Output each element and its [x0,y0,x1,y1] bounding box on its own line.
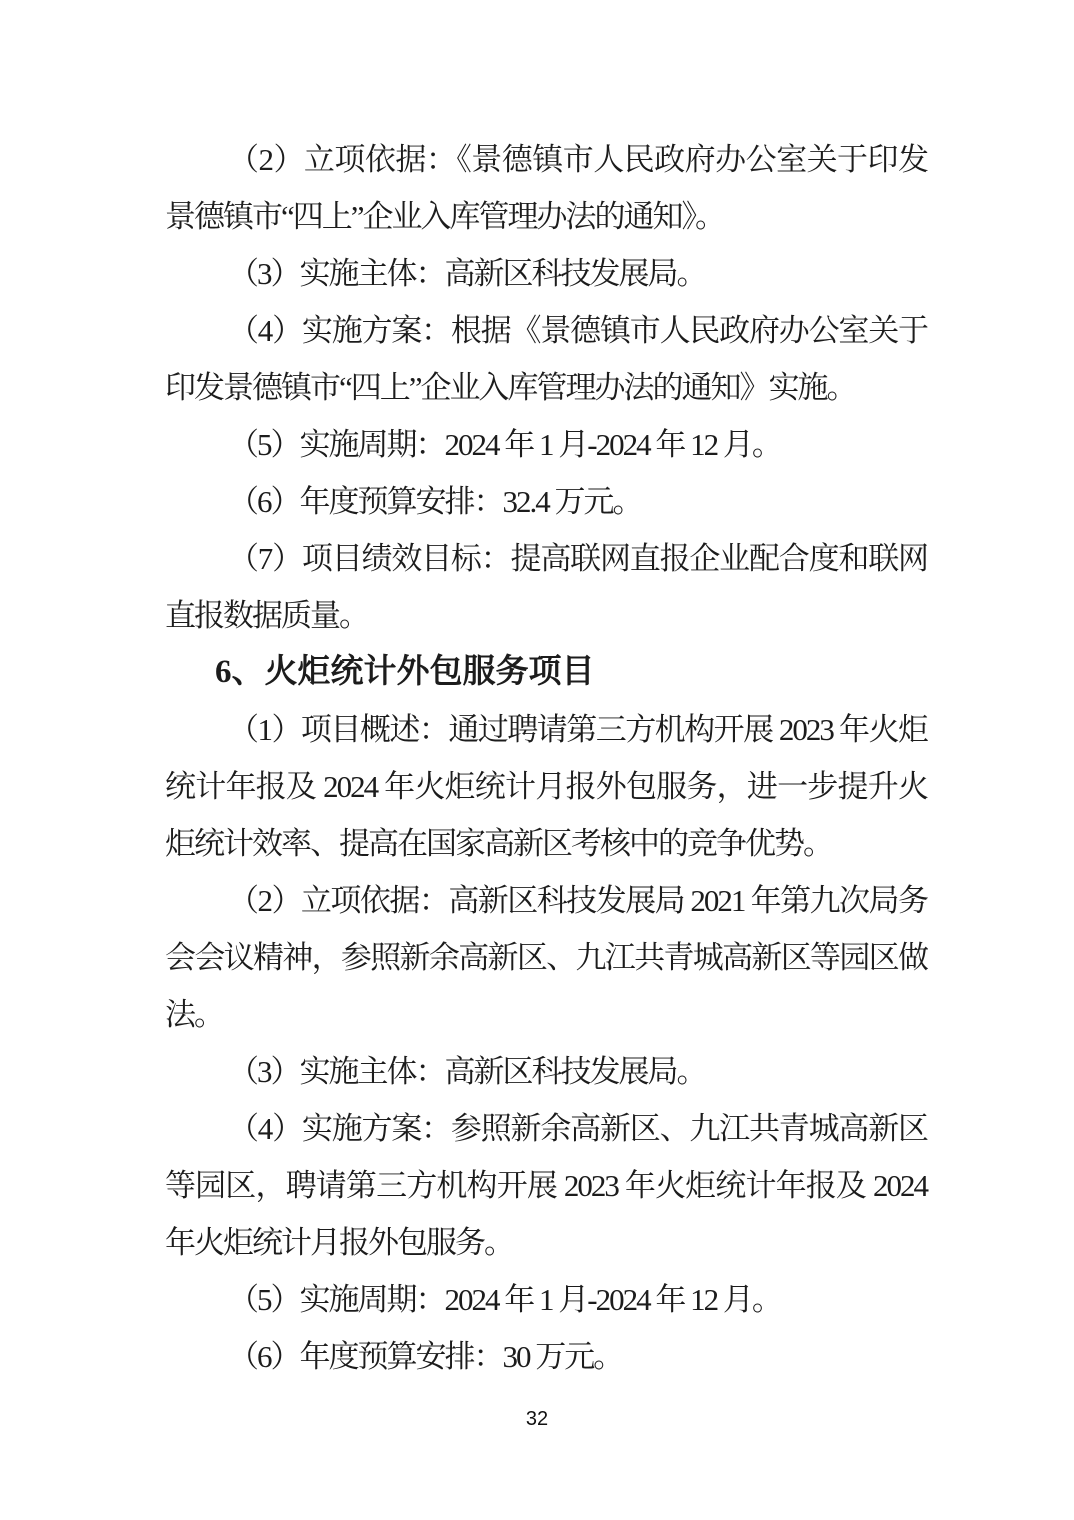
paragraph: （3）实施主体：高新区科技发展局。 [165,1043,927,1100]
paragraph: （5）实施周期：2024 年 1 月-2024 年 12 月。 [165,1271,927,1328]
document-line: （2）立项依据：《景德镇市人民政府办公室关于印发 [165,131,927,188]
document-page: （2）立项依据：《景德镇市人民政府办公室关于印发 景德镇市“四上”企业入库管理办… [0,0,1074,1520]
document-line: 印发景德镇市“四上”企业入库管理办法的通知》实施。 [165,359,927,416]
document-line: （5）实施周期：2024 年 1 月-2024 年 12 月。 [165,416,927,473]
paragraph: （2）立项依据：高新区科技发展局 2021 年第九次局务 会会议精神，参照新余高… [165,872,927,1043]
document-line: 统计年报及 2024 年火炬统计月报外包服务，进一步提升火 [165,758,927,815]
document-line: （1）项目概述：通过聘请第三方机构开展 2023 年火炬 [165,701,927,758]
document-line: （5）实施周期：2024 年 1 月-2024 年 12 月。 [165,1271,927,1328]
document-line: （2）立项依据：高新区科技发展局 2021 年第九次局务 [165,872,927,929]
section-heading: 6、火炬统计外包服务项目 [165,644,927,701]
document-line: 景德镇市“四上”企业入库管理办法的通知》。 [165,188,927,245]
document-body: （2）立项依据：《景德镇市人民政府办公室关于印发 景德镇市“四上”企业入库管理办… [165,131,927,1385]
document-line: 等园区，聘请第三方机构开展 2023 年火炬统计年报及 2024 [165,1157,927,1214]
document-line: 炬统计效率、提高在国家高新区考核中的竞争优势。 [165,815,927,872]
paragraph: （5）实施周期：2024 年 1 月-2024 年 12 月。 [165,416,927,473]
document-line: （3）实施主体：高新区科技发展局。 [165,1043,927,1100]
page-number: 32 [0,1408,1074,1431]
paragraph: （6）年度预算安排：30 万元。 [165,1328,927,1385]
paragraph: （1）项目概述：通过聘请第三方机构开展 2023 年火炬 统计年报及 2024 … [165,701,927,872]
document-line: 直报数据质量。 [165,587,927,644]
paragraph: （7）项目绩效目标：提高联网直报企业配合度和联网 直报数据质量。 [165,530,927,644]
paragraph: （4）实施方案：根据《景德镇市人民政府办公室关于 印发景德镇市“四上”企业入库管… [165,302,927,416]
paragraph: （3）实施主体：高新区科技发展局。 [165,245,927,302]
document-line: 年火炬统计月报外包服务。 [165,1214,927,1271]
document-line: （6）年度预算安排：30 万元。 [165,1328,927,1385]
document-line: （7）项目绩效目标：提高联网直报企业配合度和联网 [165,530,927,587]
document-line: （6）年度预算安排：32.4 万元。 [165,473,927,530]
document-line: （4）实施方案：参照新余高新区、九江共青城高新区 [165,1100,927,1157]
document-line: 会会议精神，参照新余高新区、九江共青城高新区等园区做 [165,929,927,986]
paragraph: （6）年度预算安排：32.4 万元。 [165,473,927,530]
paragraph: （4）实施方案：参照新余高新区、九江共青城高新区 等园区，聘请第三方机构开展 2… [165,1100,927,1271]
paragraph: （2）立项依据：《景德镇市人民政府办公室关于印发 景德镇市“四上”企业入库管理办… [165,131,927,245]
document-line: （3）实施主体：高新区科技发展局。 [165,245,927,302]
document-line: 法。 [165,986,927,1043]
document-line: （4）实施方案：根据《景德镇市人民政府办公室关于 [165,302,927,359]
section-heading-line: 6、火炬统计外包服务项目 [165,644,927,701]
